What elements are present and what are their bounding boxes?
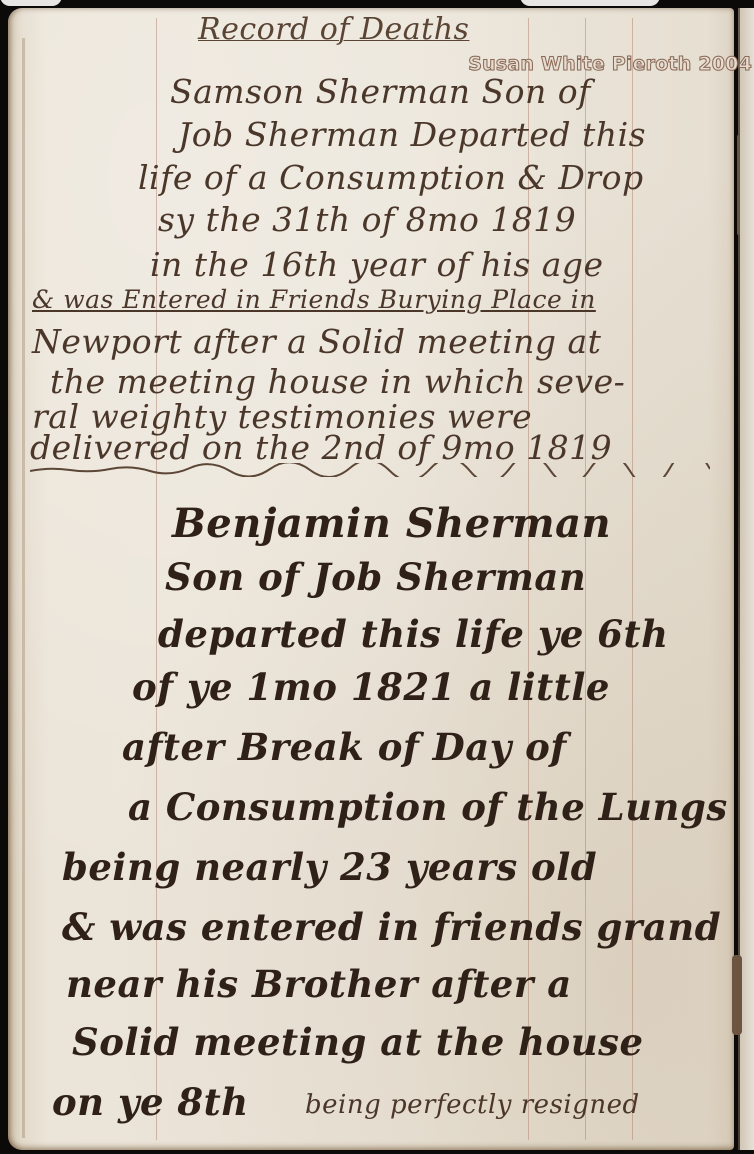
entry-line: after Break of Day of [122,725,567,769]
entry-line: delivered on the 2nd of 9mo 1819 [30,428,612,467]
entry-divider-wavy-line [30,463,710,477]
page-heading: Record of Deaths [198,12,469,47]
entry-line: Newport after a Solid meeting at [32,322,601,361]
entry-line: in the 16th year of his age [150,245,604,284]
entry-line: being nearly 23 years old [62,845,597,889]
entry-line: the meeting house in which seve- [50,362,625,401]
scanner-edge-tab-left [0,0,62,6]
entry-line: sy the 31th of 8mo 1819 [158,200,576,239]
page-edge-shadow [22,38,25,1138]
entry-line: Son of Job Sherman [165,555,586,599]
entry-line: life of a Consumption & Drop [138,158,644,197]
binding-thread-bottom [732,955,742,1035]
entry-line-annotation: being perfectly resigned [305,1090,640,1120]
entry-line: departed this life ye 6th [158,612,669,656]
scanner-edge-tab-middle [520,0,660,6]
entry-line: of ye 1mo 1821 a little [132,665,610,709]
entry-line: & was Entered in Friends Burying Place i… [32,285,596,314]
entry-line: on ye 8th [52,1080,249,1124]
entry-line: a Consumption of the Lungs [128,785,728,829]
entry-line: near his Brother after a [66,962,572,1006]
entry-line: & was entered in friends grand [62,905,721,949]
entry-line: Solid meeting at the house [72,1020,644,1064]
entry-line: Benjamin Sherman [172,500,611,547]
binding-thread-top [737,135,740,235]
entry-line: Samson Sherman Son of [170,72,591,111]
facing-page-edge [740,8,754,1150]
entry-line: Job Sherman Departed this [178,115,646,154]
